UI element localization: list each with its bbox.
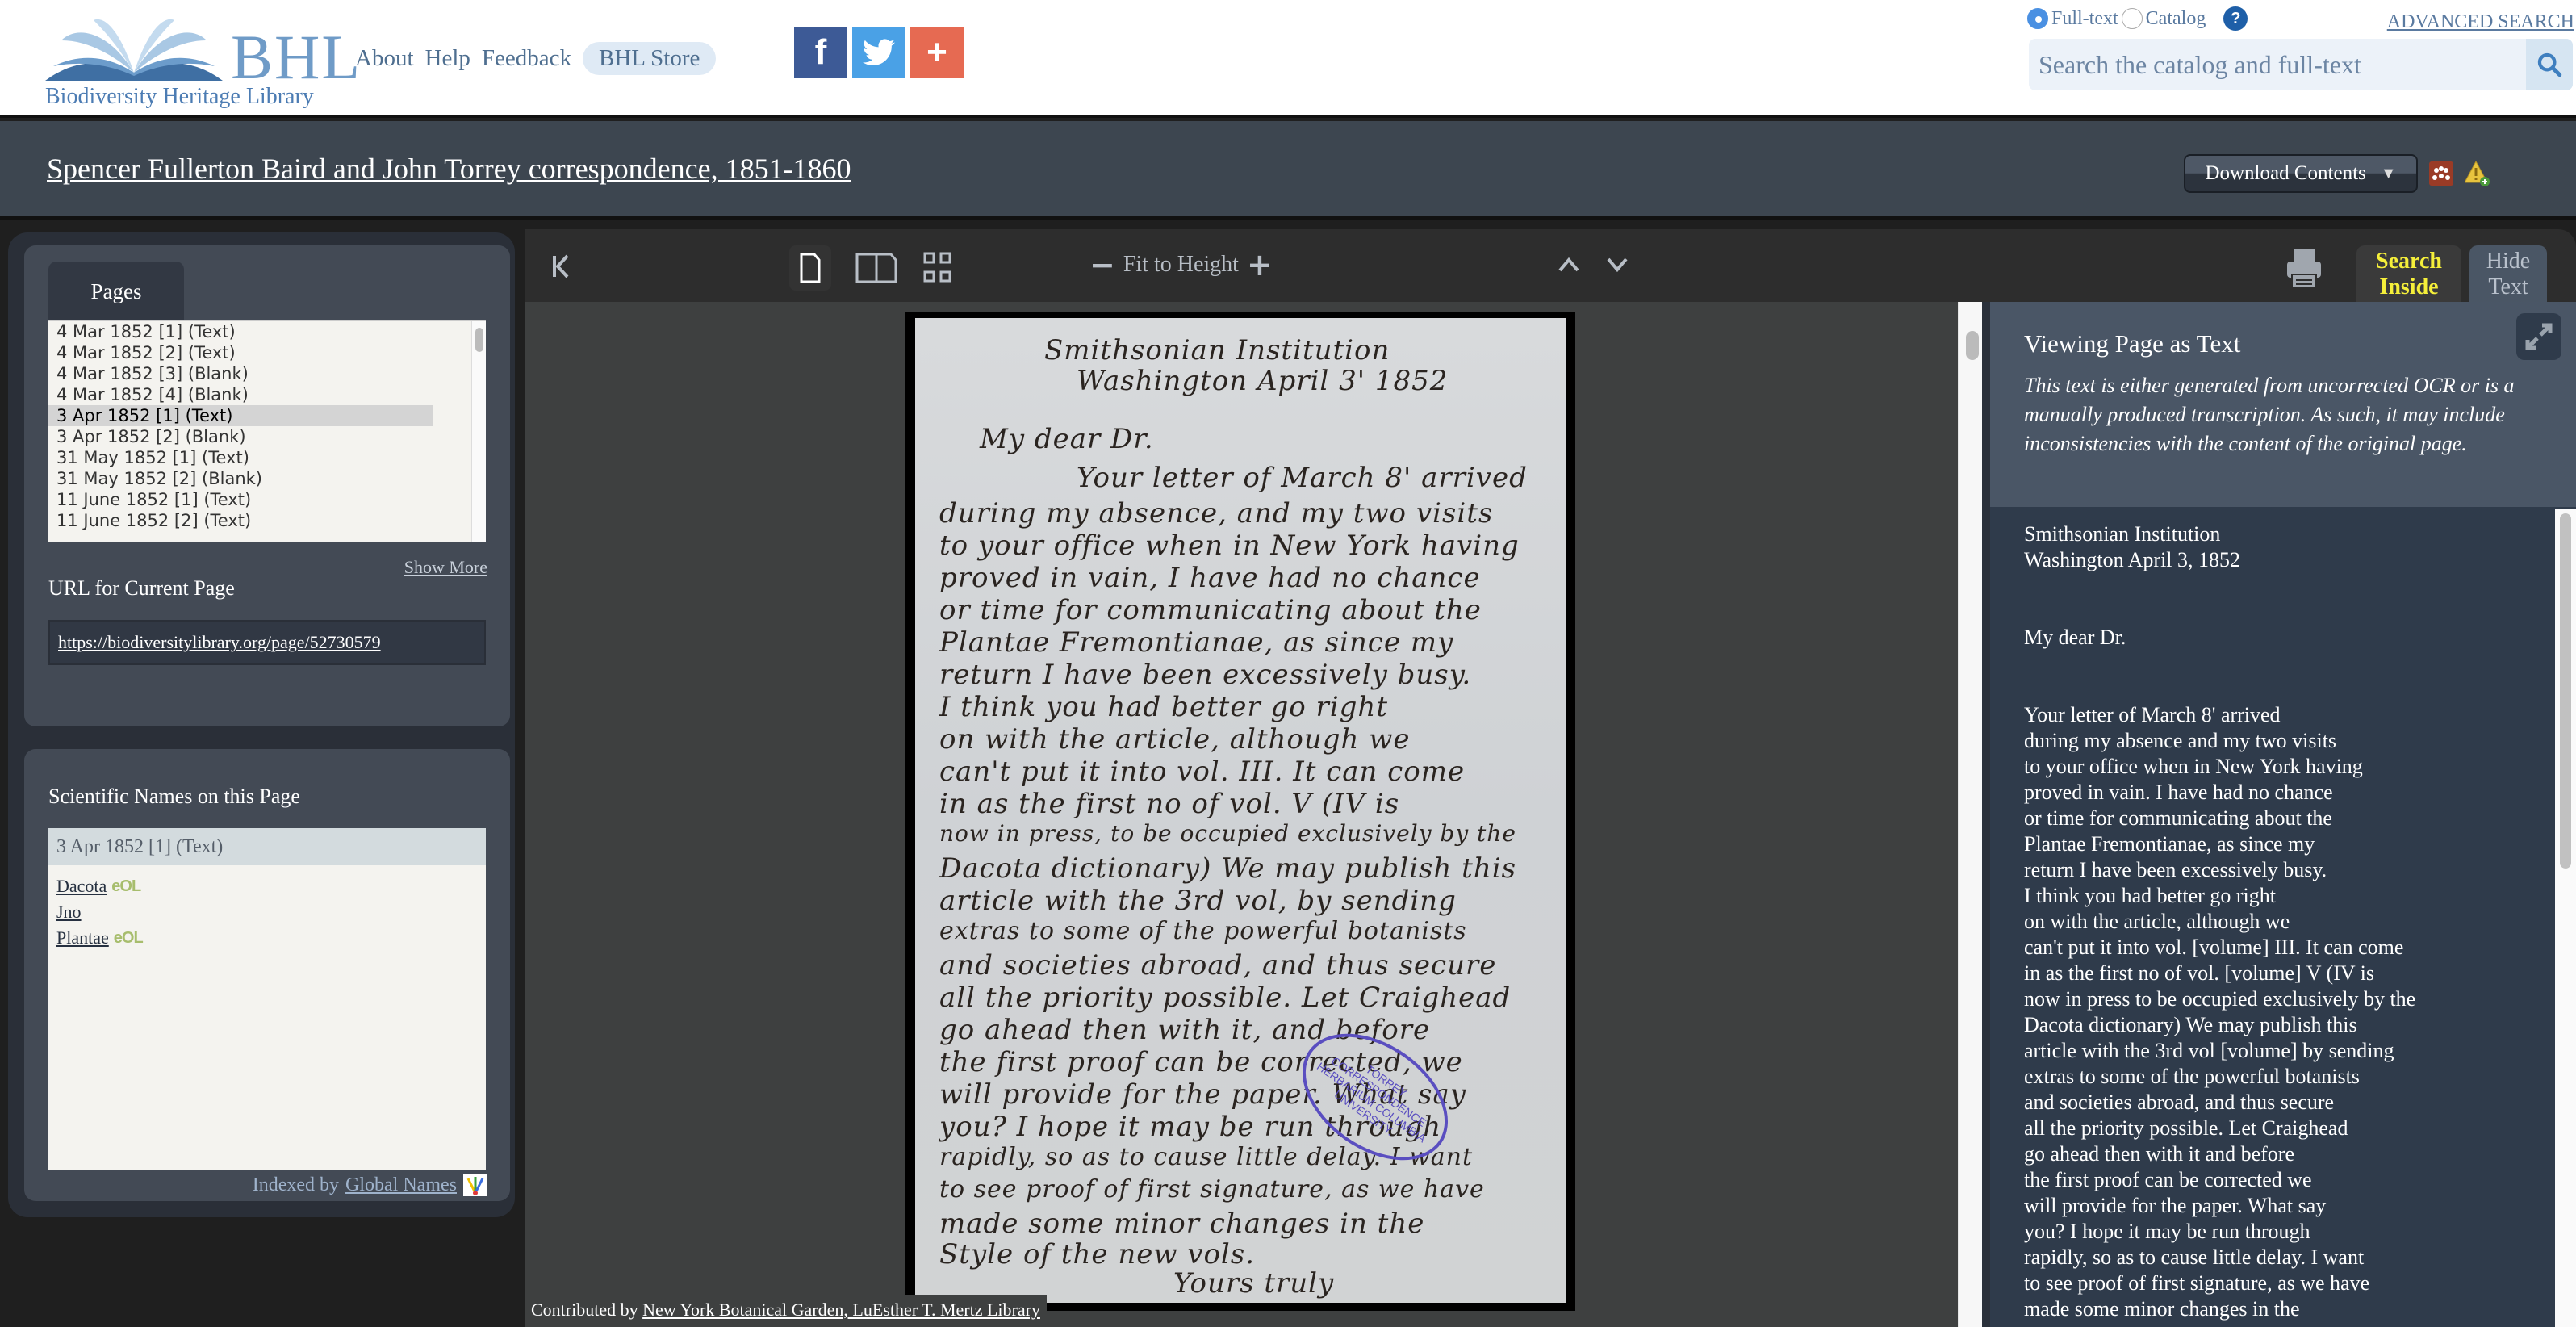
handwriting-line: to see proof of first signature, as we h… [939,1175,1485,1204]
chevron-down-icon: ▼ [2381,165,2397,183]
site-header: BHL Biodiversity Heritage Library About … [0,0,2576,118]
page-list-item[interactable]: 4 Mar 1852 [1] (Text) [48,321,433,342]
handwriting-line: to your office when in New York having [939,530,1520,562]
next-page-button[interactable] [1600,247,1635,283]
zoom-controls: − Fit to Height + [1089,247,1273,283]
names-box: 3 Apr 1852 [1] (Text) Dacota eOL Jno Pla… [48,828,486,1170]
indexed-by: Indexed by Global Names [253,1174,487,1196]
page-list[interactable]: 4 Mar 1852 [1] (Text) 4 Mar 1852 [2] (Te… [48,320,486,542]
text-pane-title: Viewing Page as Text [2024,329,2240,358]
divider [1982,302,1990,1327]
two-page-icon [855,253,897,283]
page-list-item[interactable]: 3 Apr 1852 [2] (Blank) [48,426,433,447]
item-title-bar: Spencer Fullerton Baird and John Torrey … [0,121,2576,220]
handwriting-line: proved in vain, I have had no chance [939,562,1481,594]
zoom-in-button[interactable]: + [1247,247,1273,283]
handwriting-line: Your letter of March 8' arrived [1077,462,1528,494]
ocr-disclaimer: This text is either generated from uncor… [2024,371,2549,458]
page-canvas: Smithsonian Institution Washington April… [525,302,1958,1327]
name-link-plantae[interactable]: Plantae [56,925,109,951]
grid-icon [922,252,954,284]
scrollbar-thumb[interactable] [2560,513,2571,869]
eol-icon[interactable]: eOL [114,925,143,951]
page-list-item[interactable]: 31 May 1852 [2] (Blank) [48,468,433,489]
search-icon [2536,51,2563,78]
contributed-by: Contributed by New York Botanical Garden… [525,1295,1047,1327]
pages-panel: Pages 4 Mar 1852 [1] (Text) 4 Mar 1852 [… [24,245,510,726]
help-icon[interactable]: ? [2223,6,2248,31]
names-page-header: 3 Apr 1852 [1] (Text) [48,828,486,865]
download-label: Download Contents [2205,162,2365,185]
names-title: Scientific Names on this Page [48,785,300,809]
handwriting-line: now in press, to be occupied exclusively… [939,820,1516,847]
nav-feedback[interactable]: Feedback [482,45,571,72]
viewer-scrollbar[interactable] [1958,302,1982,1327]
download-contents-button[interactable]: Download Contents ▼ [2184,154,2418,193]
print-button[interactable] [2284,245,2324,291]
handwriting-line: all the priority possible. Let Craighead [939,982,1511,1014]
handwriting-line: made some minor changes in the [939,1208,1424,1240]
catalog-label[interactable]: Catalog [2146,8,2206,30]
bhl-logo[interactable]: BHL Biodiversity Heritage Library [45,11,352,111]
show-more-link[interactable]: Show More [404,557,487,578]
viewer-toolbar: − Fit to Height + Search Inside Hide Tex… [525,229,2576,302]
page-list-item[interactable]: 11 June 1852 [1] (Text) [48,489,433,510]
page-list-item[interactable]: 4 Mar 1852 [3] (Blank) [48,363,433,384]
logo-subtitle: Biodiversity Heritage Library [45,84,314,110]
indexed-by-label: Indexed by [253,1174,339,1196]
zoom-level[interactable]: Fit to Height [1123,252,1239,278]
name-link-jno[interactable]: Jno [56,899,82,925]
expand-button[interactable] [2516,313,2561,360]
mendeley-icon[interactable] [2429,161,2453,186]
search-input[interactable] [2029,39,2526,90]
bhl-store-button[interactable]: BHL Store [583,42,716,75]
nav-about[interactable]: About [355,45,414,72]
page-list-item[interactable]: 11 June 1852 [2] (Text) [48,510,433,531]
contributor-link[interactable]: New York Botanical Garden, LuEsther T. M… [642,1300,1040,1320]
contributed-by-label: Contributed by [531,1300,638,1320]
letter-scan: Smithsonian Institution Washington April… [915,318,1566,1303]
printer-icon [2285,247,2323,289]
eol-icon[interactable]: eOL [111,873,140,899]
handwriting-line: Smithsonian Institution [1044,334,1390,366]
search-box [2029,39,2573,90]
page-image: Smithsonian Institution Washington April… [905,312,1575,1311]
page-list-item[interactable]: 4 Mar 1852 [2] (Text) [48,342,433,363]
handwriting-line: My dear Dr. [980,423,1154,455]
item-title-link[interactable]: Spencer Fullerton Baird and John Torrey … [47,152,851,186]
url-box: https://biodiversitylibrary.org/page/527… [48,620,486,665]
page-list-scrollbar[interactable] [471,321,486,542]
text-pane-scrollbar[interactable] [2555,509,2576,1327]
handwriting-line: I think you had better go right [939,691,1388,723]
handwriting-line: in as the first no of vol. V (IV is [939,788,1399,820]
name-item: Jno [56,899,478,925]
tab-hide-text[interactable]: Hide Text [2469,245,2547,302]
scrollbar-thumb[interactable] [475,328,483,352]
global-names-link[interactable]: Global Names [345,1174,457,1196]
top-nav: About Help Feedback BHL Store [355,42,716,75]
handwriting-line: return I have been excessively busy. [939,659,1471,691]
handwriting-line: Style of the new vols. [939,1238,1255,1270]
twitter-icon[interactable] [852,27,905,78]
search-area: Full-text Catalog ? ADVANCED SEARCH [2027,0,2576,118]
skip-first-icon [550,253,574,280]
page-list-item[interactable]: 4 Mar 1852 [4] (Blank) [48,384,433,405]
handwriting-line: or time for communicating about the [939,594,1482,626]
handwriting-line: Plantae Fremontianae, as since my [939,626,1453,659]
url-label: URL for Current Page [48,576,235,601]
handwriting-line: can't put it into vol. III. It can come [939,756,1465,788]
names-list: Dacota eOL Jno Plantae eOL [48,865,486,959]
chevron-down-icon [1605,256,1629,274]
advanced-search-link[interactable]: ADVANCED SEARCH [2387,11,2574,33]
handwriting-line: Yours truly [1173,1267,1334,1300]
global-names-icon[interactable] [463,1174,487,1196]
tab-pages[interactable]: Pages [48,262,184,321]
handwriting-line: during my absence, and my two visits [939,497,1493,530]
tab-search-inside[interactable]: Search Inside [2356,245,2461,302]
search-button[interactable] [2526,39,2573,90]
handwriting-line: and societies abroad, and thus secure [939,949,1496,982]
text-pane-header: Viewing Page as Text This text is either… [1990,302,2576,507]
expand-icon [2523,320,2555,353]
search-mode: Full-text Catalog ? [2027,6,2248,31]
handwriting-line: on with the article, although we [939,723,1411,756]
handwriting-line: article with the 3rd vol, by sending [939,885,1457,917]
left-sidebar: Pages 4 Mar 1852 [1] (Text) 4 Mar 1852 [… [8,232,515,1217]
thumbnail-view-button[interactable] [918,249,957,287]
handwriting-line: Washington April 3' 1852 [1077,365,1448,397]
logo-text: BHL [231,26,362,89]
scientific-names-panel: Scientific Names on this Page 3 Apr 1852… [24,749,510,1201]
book-logo-icon [45,16,223,81]
handwriting-line: Dacota dictionary) We may publish this [939,852,1516,885]
name-item: Plantae eOL [56,925,478,951]
zoom-out-button[interactable]: − [1089,247,1115,283]
chevron-up-icon [1557,256,1581,274]
social-links: f + [794,27,964,78]
book-viewer: − Fit to Height + Search Inside Hide Tex… [525,229,2576,1327]
page-list-item-selected[interactable]: 3 Apr 1852 [1] (Text) [48,405,433,426]
catalog-radio[interactable] [2122,8,2143,29]
two-page-view-button[interactable] [854,249,899,287]
first-page-button[interactable] [546,250,578,283]
single-page-view-button[interactable] [789,245,831,291]
page-list-item[interactable]: 31 May 1852 [1] (Text) [48,447,433,468]
previous-page-button[interactable] [1551,247,1587,283]
scrollbar-thumb[interactable] [1966,331,1979,360]
nav-help[interactable]: Help [425,45,470,72]
name-link-dacota[interactable]: Dacota [56,873,107,899]
text-pane: Viewing Page as Text This text is either… [1990,302,2576,1327]
fulltext-radio[interactable] [2027,8,2048,29]
facebook-icon[interactable]: f [794,27,847,78]
name-item: Dacota eOL [56,873,478,899]
fulltext-label[interactable]: Full-text [2051,8,2118,30]
ocr-text: Smithsonian Institution Washington April… [2024,521,2524,1322]
current-page-url-link[interactable]: https://biodiversitylibrary.org/page/527… [58,632,381,653]
share-plus-icon[interactable]: + [910,27,964,78]
single-page-icon [798,253,822,283]
report-error-icon[interactable] [2465,160,2490,187]
handwriting-line: extras to some of the powerful botanists [939,917,1467,945]
